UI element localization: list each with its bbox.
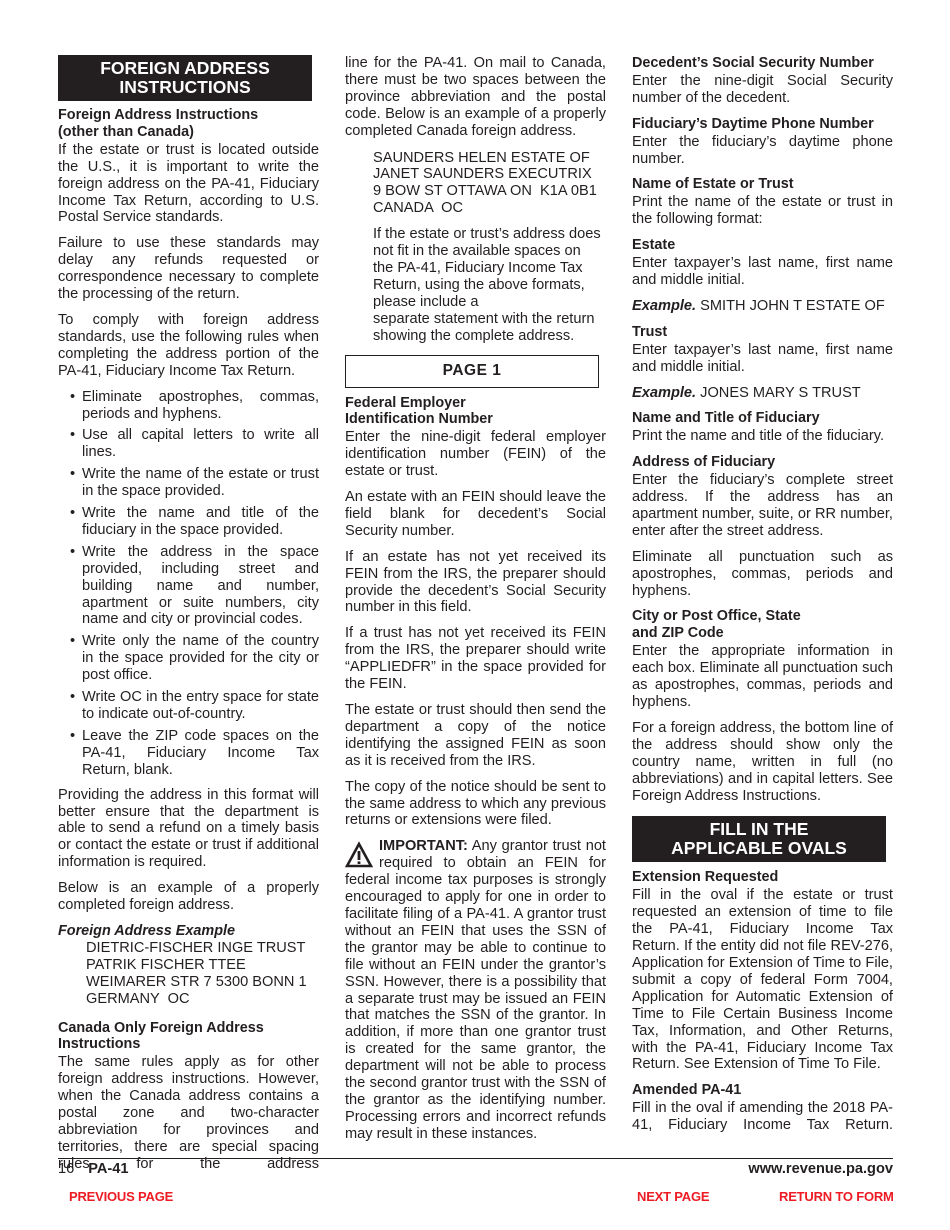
trust-heading: Trust [632,324,893,341]
paragraph: The estate or trust should then send the… [345,702,606,770]
estate-trust-name-heading: Name of Estate or Trust [632,176,893,193]
paragraph: Providing the address in this format wil… [58,787,319,872]
paragraph: For a foreign address, the bottom line o… [632,720,893,805]
page-number: 16 [58,1161,74,1177]
column-3: Decedent’s Social Security Number Enter … [632,55,893,1143]
list-item: Write the name and title of the fiduciar… [70,505,319,539]
form-name: PA-41 [88,1161,128,1177]
previous-page-link[interactable]: PREVIOUS PAGE [69,1189,173,1206]
footer-divider [58,1158,893,1159]
fiduciary-address-heading: Address of Fiduciary [632,454,893,471]
paragraph: Enter the appropriate information in eac… [632,643,893,711]
paragraph: Fill in the oval if amending the 2018 PA… [632,1100,893,1134]
foreign-address-example-heading: Foreign Address Example [58,923,319,940]
list-item: Eliminate apostrophes, commas, periods a… [70,389,319,423]
return-to-form-link[interactable]: RETURN TO FORM [779,1189,894,1206]
fiduciary-name-heading: Name and Title of Fiduciary [632,410,893,427]
paragraph: Enter the nine-digit Social Security num… [632,73,893,107]
foreign-address-example: DIETRIC-FISCHER INGE TRUST PATRIK FISCHE… [58,940,319,1008]
foreign-address-banner: FOREIGN ADDRESS INSTRUCTIONS [58,55,312,101]
important-notice: IMPORTANT: Any grantor trust not require… [345,838,606,1142]
address-fit-note: If the estate or trust’s address does no… [345,226,606,344]
paragraph: To comply with foreign address standards… [58,312,319,380]
paragraph: Print the name and title of the fiduciar… [632,428,893,445]
paragraph: If the estate or trust is located outsid… [58,142,319,227]
paragraph: Failure to use these standards may delay… [58,235,319,303]
address-rules-list: Eliminate apostrophes, commas, periods a… [70,389,319,779]
amended-heading: Amended PA-41 [632,1082,893,1099]
important-text: Any grantor trust not required to obtain… [345,838,606,1141]
list-item: Leave the ZIP code spaces on the PA-41, … [70,728,319,779]
city-state-zip-heading: City or Post Office, State and ZIP Code [632,608,893,642]
column-2: line for the PA-41. On mail to Canada, t… [345,55,606,1143]
page-1-section-box: PAGE 1 [345,355,599,388]
list-item: Use all capital letters to write all lin… [70,427,319,461]
extension-requested-heading: Extension Requested [632,869,893,886]
important-label: IMPORTANT: [379,838,468,854]
paragraph: Enter the nine-digit federal employer id… [345,429,606,480]
foreign-address-heading: Foreign Address Instructions (other than… [58,107,319,141]
paragraph: line for the PA-41. On mail to Canada, t… [345,55,606,140]
estate-heading: Estate [632,237,893,254]
footer-page-info: 16PA-41 [58,1161,129,1178]
list-item: Write OC in the entry space for state to… [70,689,319,723]
estate-example: Example. SMITH JOHN T ESTATE OF [632,298,893,315]
list-item: Write only the name of the country in th… [70,633,319,684]
paragraph: Eliminate all punctuation such as apostr… [632,549,893,600]
paragraph: Enter the fiduciary’s complete street ad… [632,472,893,540]
decedent-ssn-heading: Decedent’s Social Security Number [632,55,893,72]
paragraph: Enter taxpayer’s last name, first name a… [632,255,893,289]
fiduciary-phone-heading: Fiduciary’s Daytime Phone Number [632,116,893,133]
paragraph: The copy of the notice should be sent to… [345,779,606,830]
canada-address-heading: Canada Only Foreign Address Instructions [58,1020,319,1054]
paragraph: An estate with an FEIN should leave the … [345,489,606,540]
column-1: FOREIGN ADDRESS INSTRUCTIONS Foreign Add… [58,55,319,1182]
paragraph: Enter taxpayer’s last name, first name a… [632,342,893,376]
fill-ovals-banner: FILL IN THE APPLICABLE OVALS [632,816,886,862]
paragraph: Below is an example of a properly comple… [58,880,319,914]
paragraph: The same rules apply as for other foreig… [58,1054,319,1172]
canada-address-example: SAUNDERS HELEN ESTATE OF JANET SAUNDERS … [345,150,606,218]
list-item: Write the name of the estate or trust in… [70,466,319,500]
warning-icon [345,841,373,869]
website-url: www.revenue.pa.gov [748,1161,893,1178]
paragraph: Print the name of the estate or trust in… [632,194,893,228]
next-page-link[interactable]: NEXT PAGE [637,1189,709,1206]
paragraph: Enter the fiduciary’s daytime phone numb… [632,134,893,168]
paragraph: Fill in the oval if the estate or trust … [632,887,893,1073]
fein-heading: Federal Employer Identification Number [345,395,606,429]
trust-example: Example. JONES MARY S TRUST [632,385,893,402]
list-item: Write the address in the space provided,… [70,544,319,629]
paragraph: If an estate has not yet received its FE… [345,549,606,617]
paragraph: If a trust has not yet received its FEIN… [345,625,606,693]
